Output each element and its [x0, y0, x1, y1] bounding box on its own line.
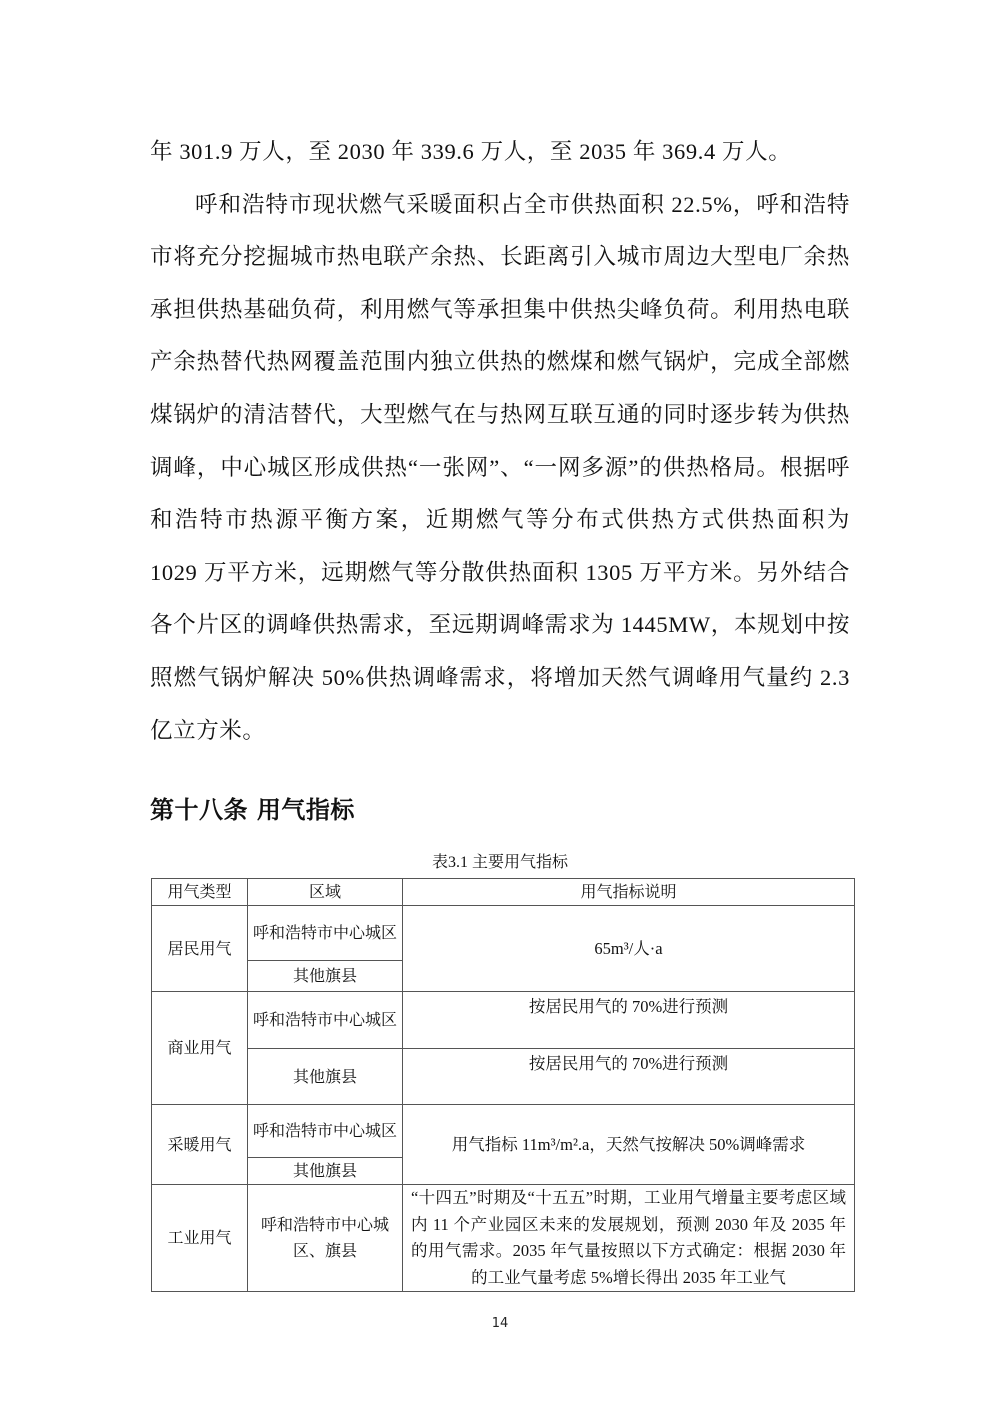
description-cell: “十四五”时期及“十五五”时期，工业用气增量主要考虑区域内 11 个产业园区未来…	[403, 1185, 855, 1292]
table-caption: 表3.1 主要用气指标	[0, 849, 1000, 872]
description-cell: 用气指标 11m³/m².a，天然气按解决 50%调峰需求	[403, 1105, 855, 1185]
region-cell: 呼和浩特市中心城区	[248, 906, 403, 961]
table-row: 其他旗县 按居民用气的 70%进行预测	[152, 1049, 855, 1105]
header-gas-type: 用气类型	[152, 879, 248, 906]
gas-type-cell: 居民用气	[152, 906, 248, 992]
table-header-row: 用气类型 区域 用气指标说明	[152, 879, 855, 906]
paragraph-continued: 年 301.9 万人，至 2030 年 339.6 万人，至 2035 年 36…	[150, 126, 850, 179]
region-cell: 呼和浩特市中心城区、旗县	[248, 1185, 403, 1292]
section-heading: 第十八条 用气指标	[150, 790, 355, 825]
region-cell: 呼和浩特市中心城区	[248, 1105, 403, 1158]
document-page: 年 301.9 万人，至 2030 年 339.6 万人，至 2035 年 36…	[0, 0, 1000, 1414]
header-region: 区域	[248, 879, 403, 906]
gas-type-cell: 工业用气	[152, 1185, 248, 1292]
description-cell: 65m³/人·a	[403, 906, 855, 992]
table-row: 工业用气 呼和浩特市中心城区、旗县 “十四五”时期及“十五五”时期，工业用气增量…	[152, 1185, 855, 1292]
table-row: 商业用气 呼和浩特市中心城区 按居民用气的 70%进行预测	[152, 992, 855, 1049]
region-cell: 其他旗县	[248, 1158, 403, 1185]
header-description: 用气指标说明	[403, 879, 855, 906]
gas-indicator-table: 用气类型 区域 用气指标说明 居民用气 呼和浩特市中心城区 65m³/人·a 其…	[151, 878, 855, 1292]
paragraph-heating: 呼和浩特市现状燃气采暖面积占全市供热面积 22.5%，呼和浩特市将充分挖掘城市热…	[150, 179, 850, 758]
description-cell: 按居民用气的 70%进行预测	[403, 1049, 855, 1105]
description-cell: 按居民用气的 70%进行预测	[403, 992, 855, 1049]
region-cell: 其他旗县	[248, 1049, 403, 1105]
gas-type-cell: 采暖用气	[152, 1105, 248, 1185]
region-cell: 其他旗县	[248, 961, 403, 992]
body-text: 年 301.9 万人，至 2030 年 339.6 万人，至 2035 年 36…	[150, 126, 850, 757]
table-row: 居民用气 呼和浩特市中心城区 65m³/人·a	[152, 906, 855, 961]
gas-type-cell: 商业用气	[152, 992, 248, 1105]
table-row: 采暖用气 呼和浩特市中心城区 用气指标 11m³/m².a，天然气按解决 50%…	[152, 1105, 855, 1158]
page-number: 14	[0, 1316, 1000, 1331]
region-cell: 呼和浩特市中心城区	[248, 992, 403, 1049]
